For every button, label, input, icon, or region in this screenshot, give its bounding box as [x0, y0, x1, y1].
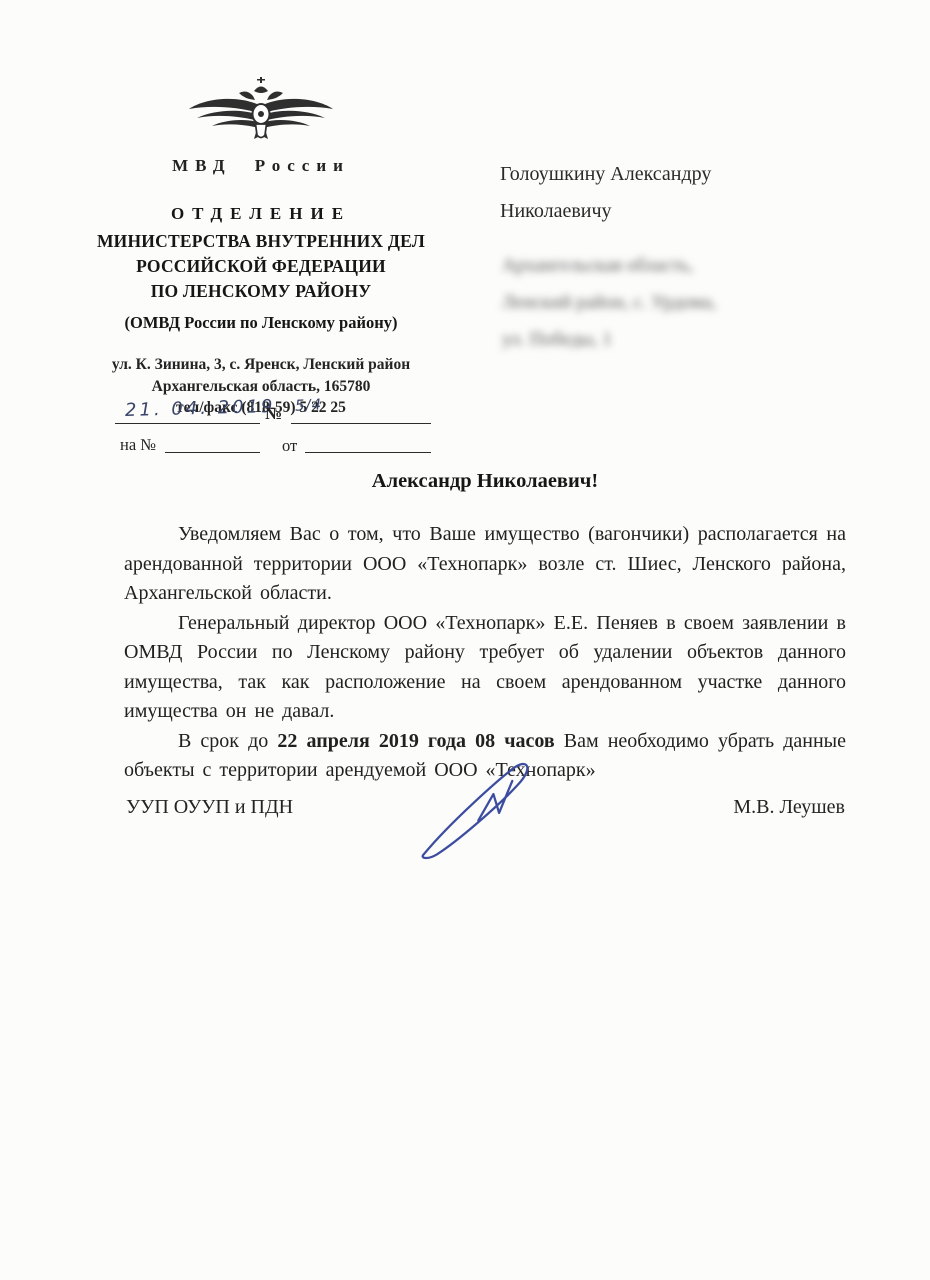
addressee-address-redacted: Архангельская область, Ленский район, с.…: [502, 247, 822, 358]
number-sign-label: №: [265, 404, 282, 424]
redacted-address-line: Архангельская область,: [502, 247, 822, 284]
letterhead-address-line-2: Архангельская область, 165780: [60, 376, 462, 398]
deadline-bold: 22 апреля 2019 года 08 часов: [277, 730, 554, 752]
date-line: [115, 423, 260, 424]
salutation: Александр Николаевич!: [124, 470, 846, 493]
deadline-prefix: В срок до: [178, 730, 277, 752]
addressee-name-line-1: Голоушкину Александру: [500, 156, 800, 193]
signature-position-label: УУП ОУУП и ПДН: [126, 796, 293, 819]
body-paragraph-1: Уведомляем Вас о том, что Ваше имущество…: [124, 520, 846, 609]
org-name-line-3: РОССИЙСКОЙ ФЕДЕРАЦИИ: [60, 254, 462, 279]
org-name-line-4: ПО ЛЕНСКОМУ РАЙОНУ: [60, 279, 462, 304]
requisites-block: 21. 04. 2019 № 5/4 на № от: [115, 396, 435, 458]
agency-name: МВД России: [60, 156, 462, 176]
ref-number-label: на №: [120, 435, 156, 455]
handwritten-date: 21. 04. 2019: [125, 396, 276, 421]
handwritten-signature: [418, 760, 550, 864]
number-line: [291, 423, 431, 424]
org-name-line-2: МИНИСТЕРСТВА ВНУТРЕННИХ ДЕЛ: [60, 229, 462, 254]
ref-from-label: от: [282, 436, 297, 456]
body-paragraph-2: Генеральный директор ООО «Технопарк» Е.Е…: [124, 609, 846, 727]
org-name-line-1: ОТДЕЛЕНИЕ: [60, 204, 462, 224]
letter-body: Уведомляем Вас о том, что Ваше имущество…: [124, 520, 846, 786]
org-name-block: ОТДЕЛЕНИЕ МИНИСТЕРСТВА ВНУТРЕННИХ ДЕЛ РО…: [60, 204, 462, 333]
ref-number-line: [165, 452, 260, 453]
scanned-letter-page: МВД России ОТДЕЛЕНИЕ МИНИСТЕРСТВА ВНУТРЕ…: [0, 0, 930, 1280]
handwritten-number: 5/4: [295, 395, 323, 414]
addressee-name-line-2: Николаевичу: [500, 193, 800, 230]
mvd-eagle-emblem-icon: [186, 76, 336, 151]
redacted-address-line: Ленский район, с. Урдома,: [502, 284, 822, 321]
ref-from-line: [305, 452, 431, 453]
letterhead-address-line-1: ул. К. Зинина, 3, с. Яренск, Ленский рай…: [60, 354, 462, 376]
signer-name: М.В. Леушев: [733, 796, 845, 819]
addressee-name: Голоушкину Александру Николаевичу: [500, 156, 800, 230]
org-short-name: (ОМВД России по Ленскому району): [60, 313, 462, 333]
letterhead: МВД России ОТДЕЛЕНИЕ МИНИСТЕРСТВА ВНУТРЕ…: [60, 76, 462, 419]
redacted-address-line: ул. Победы, 1: [502, 321, 822, 358]
